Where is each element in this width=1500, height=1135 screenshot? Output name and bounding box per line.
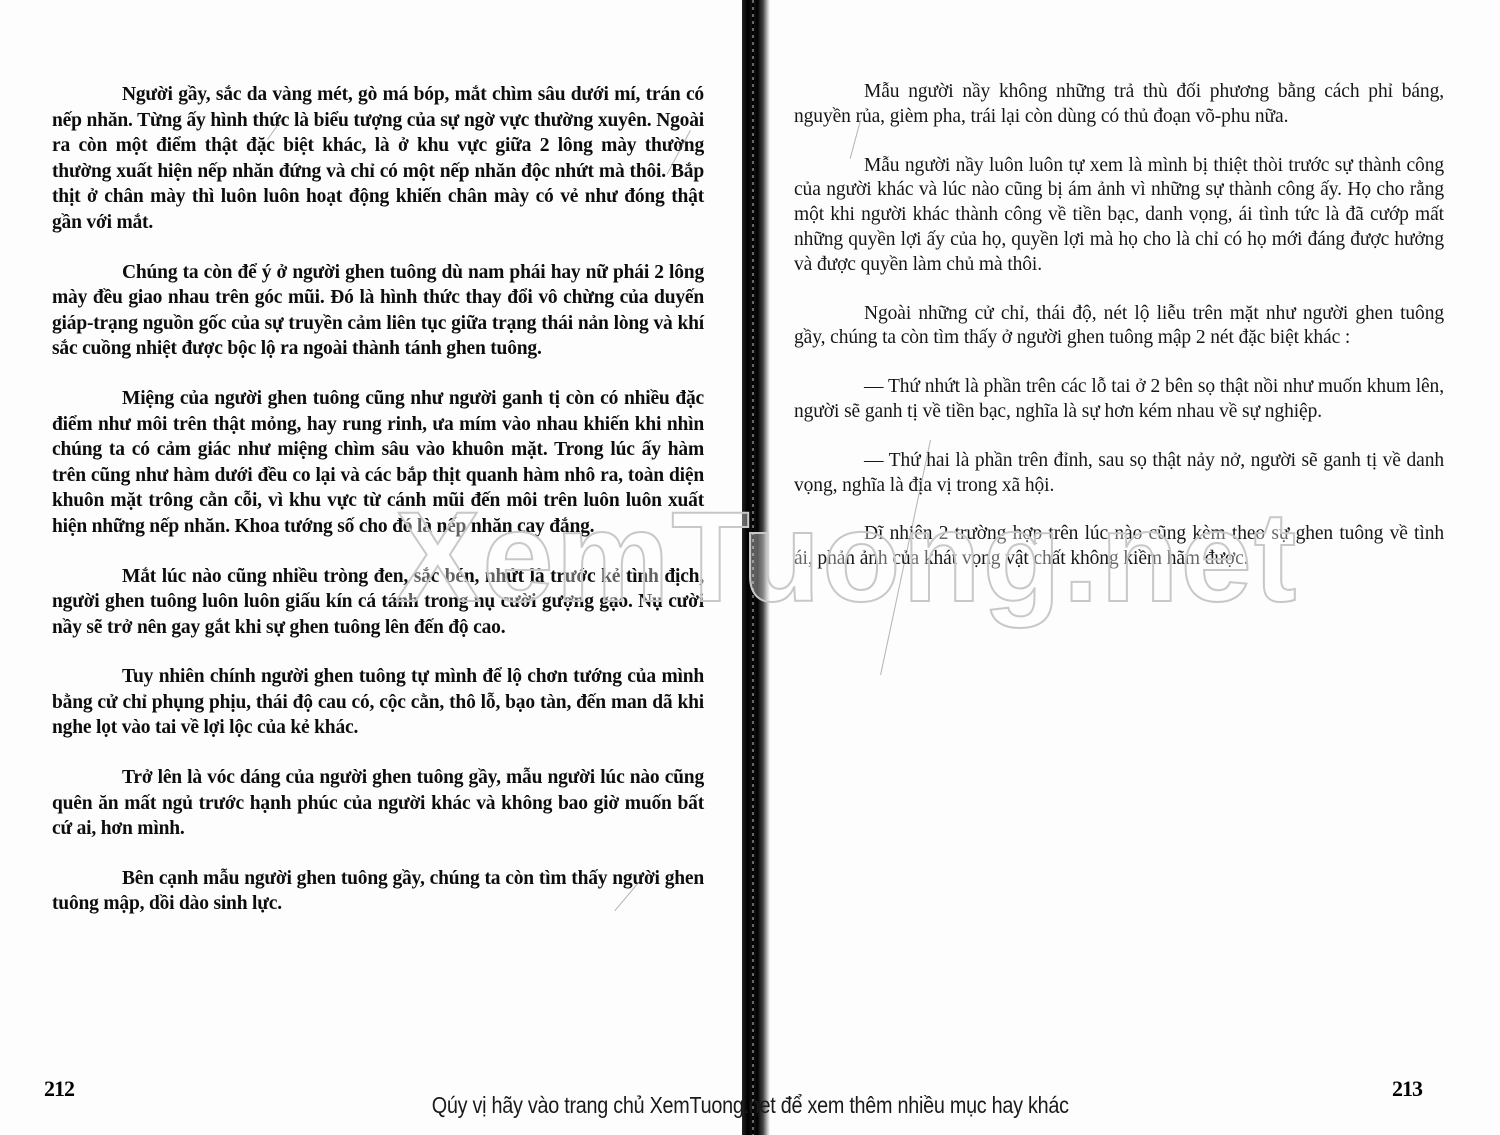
right-page: Mẫu người nầy không những trả thù đối ph… (768, 0, 1500, 1135)
paragraph: — Thứ hai là phần trên đỉnh, sau sọ thật… (794, 449, 1444, 499)
paragraph: Mắt lúc nào cũng nhiều tròng đen, sắc bé… (52, 564, 704, 641)
page-number-right: 213 (1392, 1076, 1422, 1102)
paragraph: Tuy nhiên chính người ghen tuông tự mình… (52, 664, 704, 741)
page-number-left: 212 (44, 1076, 74, 1102)
paragraph: Ngoài những cử chỉ, thái độ, nét lộ liễu… (794, 302, 1444, 352)
left-page: Người gầy, sắc da vàng mét, gò má bóp, m… (0, 0, 748, 1135)
paragraph: Miệng của người ghen tuông cũng như ngườ… (52, 386, 704, 540)
paragraph: Mẫu người nầy không những trả thù đối ph… (794, 80, 1444, 130)
paragraph: Người gầy, sắc da vàng mét, gò má bóp, m… (52, 82, 704, 236)
paragraph: Dĩ nhiên 2 trường hợp trên lúc nào cũng … (794, 522, 1444, 572)
paragraph: Bên cạnh mẫu người ghen tuông gầy, chúng… (52, 866, 704, 917)
paragraph: Trở lên là vóc dáng của người ghen tuông… (52, 765, 704, 842)
book-gutter-shadow (742, 0, 770, 1135)
paragraph: Chúng ta còn để ý ở người ghen tuông dù … (52, 260, 704, 362)
paragraph: Mẫu người nầy luôn luôn tự xem là mình b… (794, 154, 1444, 278)
left-page-text: Người gầy, sắc da vàng mét, gò má bóp, m… (52, 82, 704, 941)
footer-banner: Qúy vị hãy vào trang chủ XemTuong.net để… (105, 1092, 1395, 1119)
book-spread: Người gầy, sắc da vàng mét, gò má bóp, m… (0, 0, 1500, 1135)
paragraph: — Thứ nhứt là phần trên các lỗ tai ở 2 b… (794, 375, 1444, 425)
right-page-text: Mẫu người nầy không những trả thù đối ph… (794, 80, 1444, 596)
